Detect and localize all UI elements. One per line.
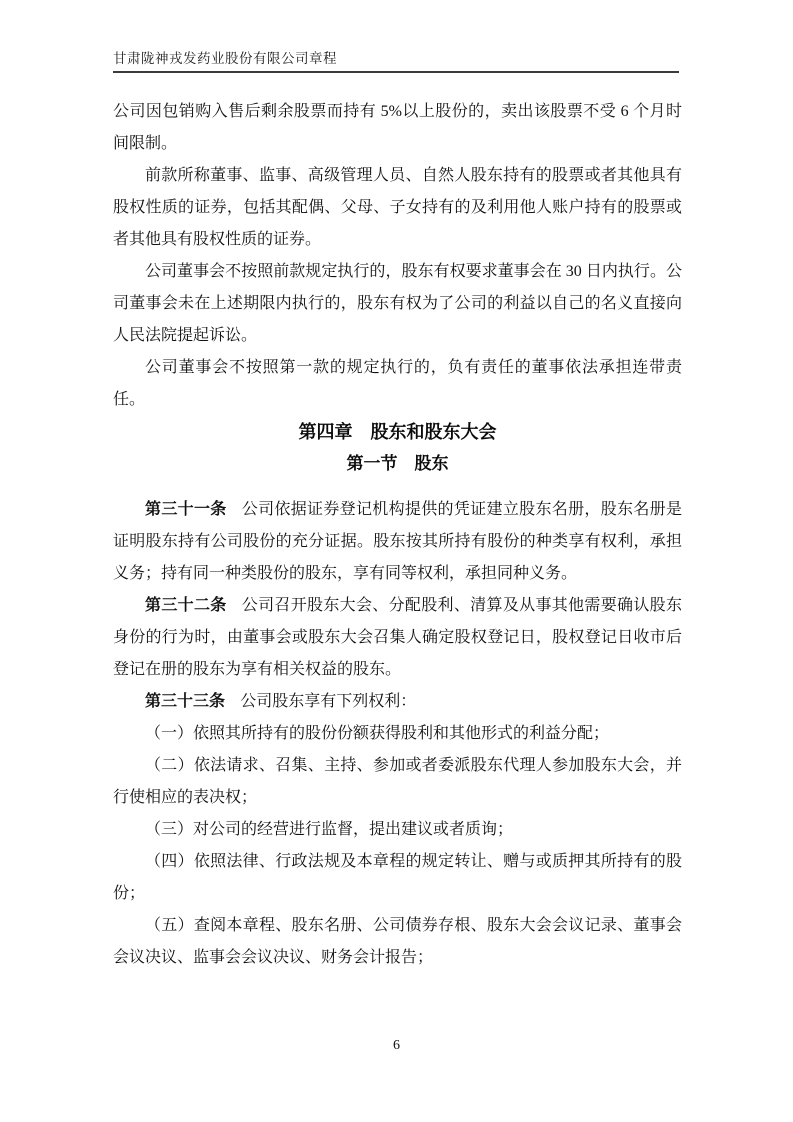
list-item: （一）依照其所持有的股份份额获得股利和其他形式的利益分配； [113, 718, 682, 750]
article-number: 第三十三条 [145, 693, 225, 710]
document-header: 甘肃陇神戎发药业股份有限公司章程 [113, 50, 679, 73]
paragraph: 前款所称董事、监事、高级管理人员、自然人股东持有的股票或者其他具有股权性质的证券… [113, 160, 682, 256]
chapter-heading: 第四章 股东和股东大会 [113, 416, 682, 448]
list-item: （二）依法请求、召集、主持、参加或者委派股东代理人参加股东大会，并行使相应的表决… [113, 750, 682, 814]
document-body: 公司因包销购入售后剩余股票而持有 5%以上股份的，卖出该股票不受 6 个月时间限… [113, 96, 682, 974]
page-number: 6 [393, 1038, 400, 1053]
list-item: （四）依照法律、行政法规及本章程的规定转让、赠与或质押其所持有的股份； [113, 846, 682, 910]
paragraph: 公司董事会不按照第一款的规定执行的，负有责任的董事依法承担连带责任。 [113, 352, 682, 416]
article-number: 第三十一条 [145, 501, 227, 518]
article-text: 公司股东享有下列权利： [240, 693, 416, 710]
document-header-title: 甘肃陇神戎发药业股份有限公司章程 [113, 51, 337, 66]
paragraph: 公司董事会不按照前款规定执行的，股东有权要求董事会在 30 日内执行。公司董事会… [113, 256, 682, 352]
list-item: （三）对公司的经营进行监督，提出建议或者质询； [113, 814, 682, 846]
document-footer: 6 [0, 1038, 793, 1054]
paragraph: 公司因包销购入售后剩余股票而持有 5%以上股份的，卖出该股票不受 6 个月时间限… [113, 96, 682, 160]
paragraph-article: 第三十二条公司召开股东大会、分配股利、清算及从事其他需要确认股东身份的行为时，由… [113, 590, 682, 686]
section-heading: 第一节 股东 [113, 448, 682, 480]
paragraph-article: 第三十一条公司依据证券登记机构提供的凭证建立股东名册，股东名册是证明股东持有公司… [113, 494, 682, 590]
list-item: （五）查阅本章程、股东名册、公司债券存根、股东大会会议记录、董事会会议决议、监事… [113, 910, 682, 974]
paragraph-article: 第三十三条公司股东享有下列权利： [113, 686, 682, 718]
document-page: 甘肃陇神戎发药业股份有限公司章程 公司因包销购入售后剩余股票而持有 5%以上股份… [0, 0, 793, 1122]
article-number: 第三十二条 [145, 597, 227, 614]
